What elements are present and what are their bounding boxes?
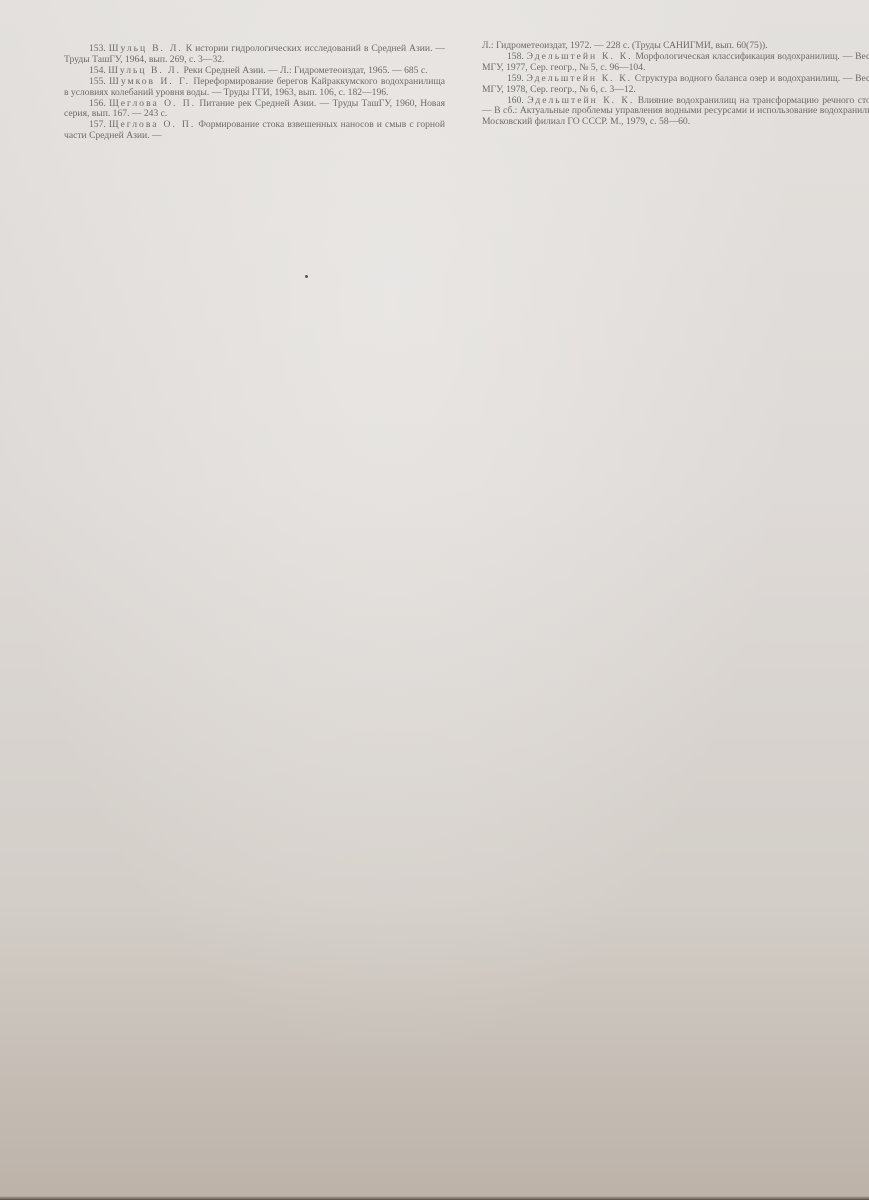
reference-author: Эдельштейн К. К. — [527, 95, 634, 106]
ink-speck — [305, 275, 308, 278]
reference-entry-159: 159. Эдельштейн К. К. Структура водного … — [482, 74, 869, 96]
reference-entry-155: 155. Шумков И. Г. Переформирование берег… — [64, 77, 445, 99]
reference-entry-153: 153. Шульц В. Л. К истории гидрологическ… — [64, 44, 445, 66]
reference-number: 154. — [89, 65, 106, 76]
reference-author: Шумков И. Г. — [109, 76, 190, 87]
reference-text: Реки Средней Азии. — Л.: Гидрометеоиздат… — [183, 65, 427, 76]
bibliography-left-column: 153. Шульц В. Л. К истории гидрологическ… — [64, 44, 445, 142]
reference-entry-158: 158. Эдельштейн К. К. Морфологическая кл… — [482, 52, 869, 74]
reference-entry-157: 157. Щеглова О. П. Формирование стока вз… — [64, 120, 445, 142]
reference-entry-156: 156. Щеглова О. П. Питание рек Средней А… — [64, 99, 445, 121]
reference-entry-160: 160. Эдельштейн К. К. Влияние водохранил… — [482, 96, 869, 129]
page-bottom-edge-shadow — [0, 1196, 869, 1200]
reference-number: 153. — [89, 43, 106, 54]
reference-number: 156. — [89, 98, 106, 109]
reference-number: 159. — [507, 73, 524, 84]
reference-author: Эдельштейн К. К. — [527, 73, 633, 84]
bibliography-right-column: Л.: Гидрометеоиздат, 1972. — 228 с. (Тру… — [482, 41, 869, 128]
reference-number: 158. — [507, 51, 524, 62]
reference-number: 157. — [89, 119, 106, 130]
reference-author: Шульц В. Л. — [108, 65, 181, 76]
reference-author: Щеглова О. П. — [109, 119, 195, 130]
book-page: 153. Шульц В. Л. К истории гидрологическ… — [0, 0, 869, 1200]
reference-number: 155. — [89, 76, 106, 87]
reference-author: Щеглова О. П. — [109, 98, 196, 109]
reference-number: 160. — [507, 95, 524, 106]
reference-author: Шульц В. Л. — [109, 43, 183, 54]
reference-author: Эдельштейн К. К. — [527, 51, 633, 62]
